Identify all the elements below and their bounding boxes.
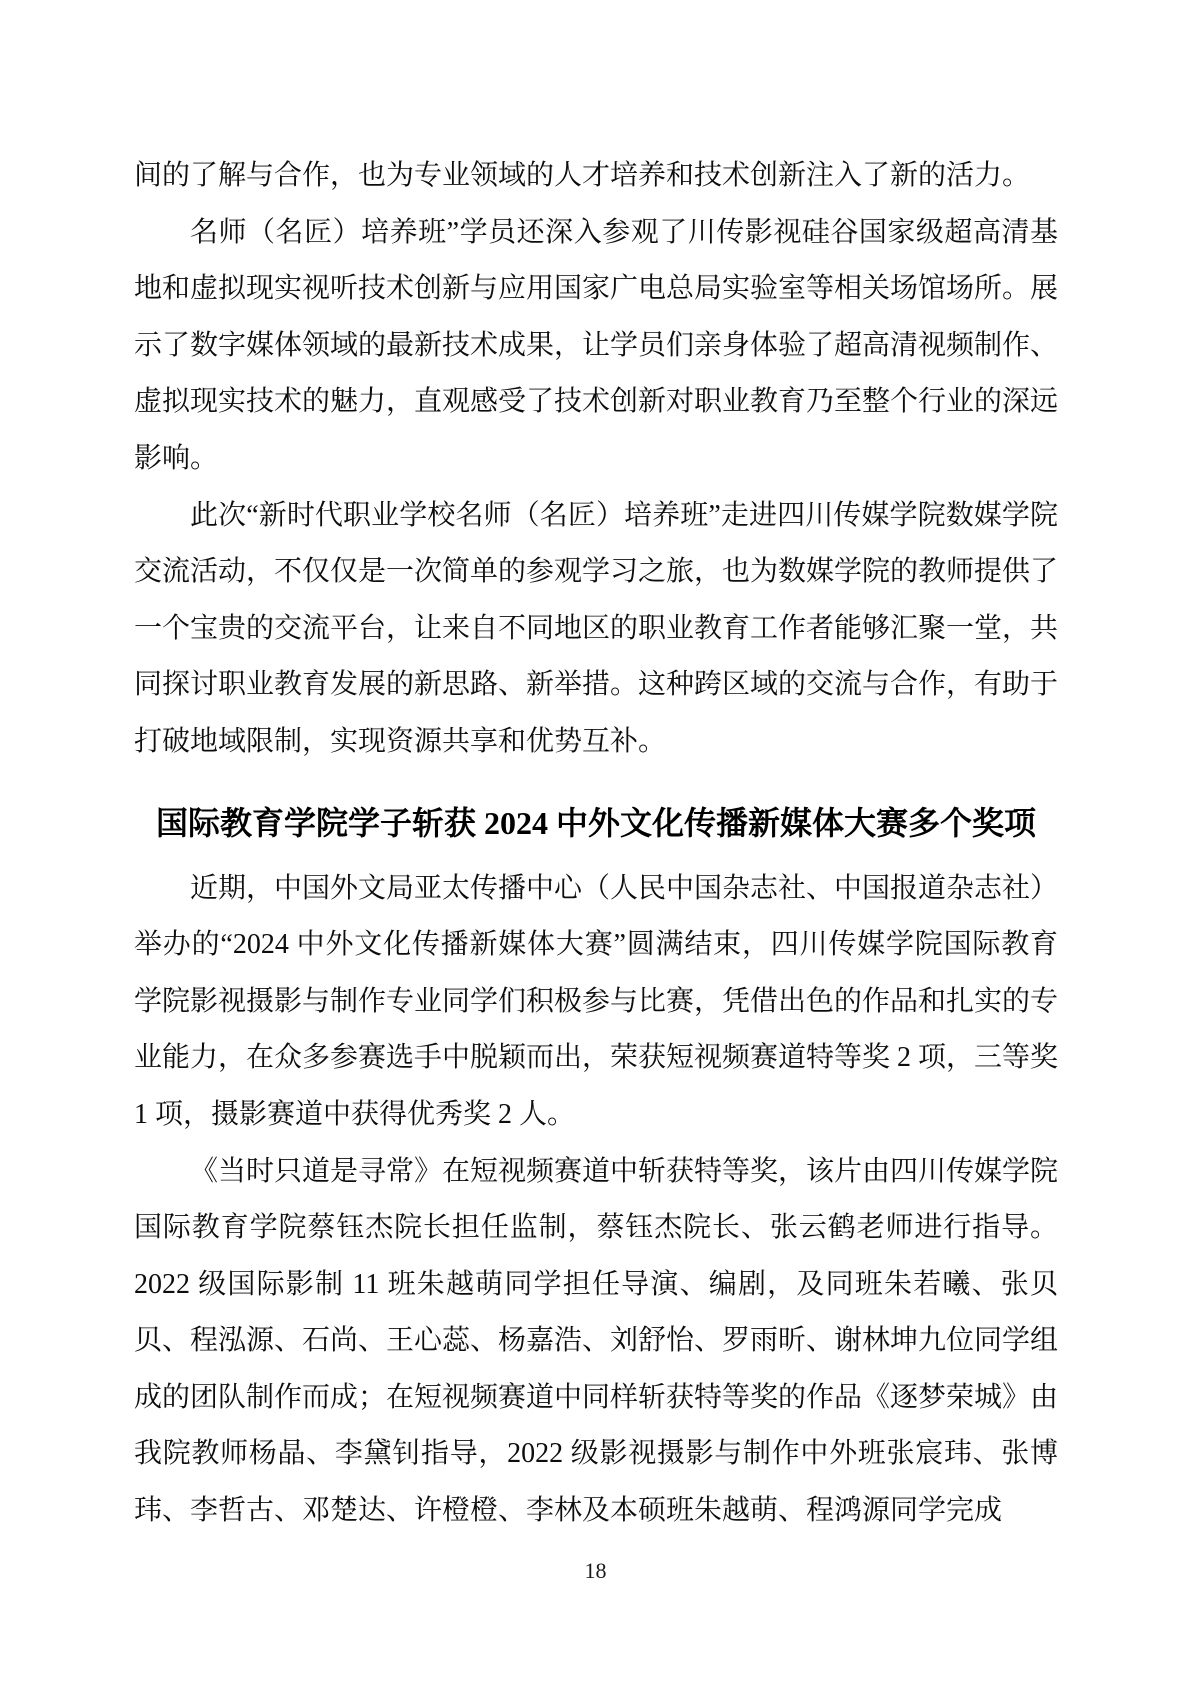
section-heading: 国际教育学院学子斩获 2024 中外文化传播新媒体大赛多个奖项 (134, 788, 1058, 858)
body-paragraph-2: 名师（名匠）培养班”学员还深入参观了川传影视硅谷国家级超高清基地和虚拟现实视听技… (134, 205, 1058, 488)
document-page: 间的了解与合作，也为专业领域的人才培养和技术创新注入了新的活力。 名师（名匠）培… (0, 0, 1191, 1684)
page-content: 间的了解与合作，也为专业领域的人才培养和技术创新注入了新的活力。 名师（名匠）培… (134, 148, 1058, 1540)
body-paragraph-5: 《当时只道是寻常》在短视频赛道中斩获特等奖，该片由四川传媒学院国际教育学院蔡钰杰… (134, 1144, 1058, 1540)
body-paragraph-3: 此次“新时代职业学校名师（名匠）培养班”走进四川传媒学院数媒学院交流活动，不仅仅… (134, 488, 1058, 771)
page-number: 18 (0, 1556, 1191, 1586)
body-paragraph-4: 近期，中国外文局亚太传播中心（人民中国杂志社、中国报道杂志社）举办的“2024 … (134, 861, 1058, 1144)
body-paragraph-1: 间的了解与合作，也为专业领域的人才培养和技术创新注入了新的活力。 (134, 148, 1058, 205)
